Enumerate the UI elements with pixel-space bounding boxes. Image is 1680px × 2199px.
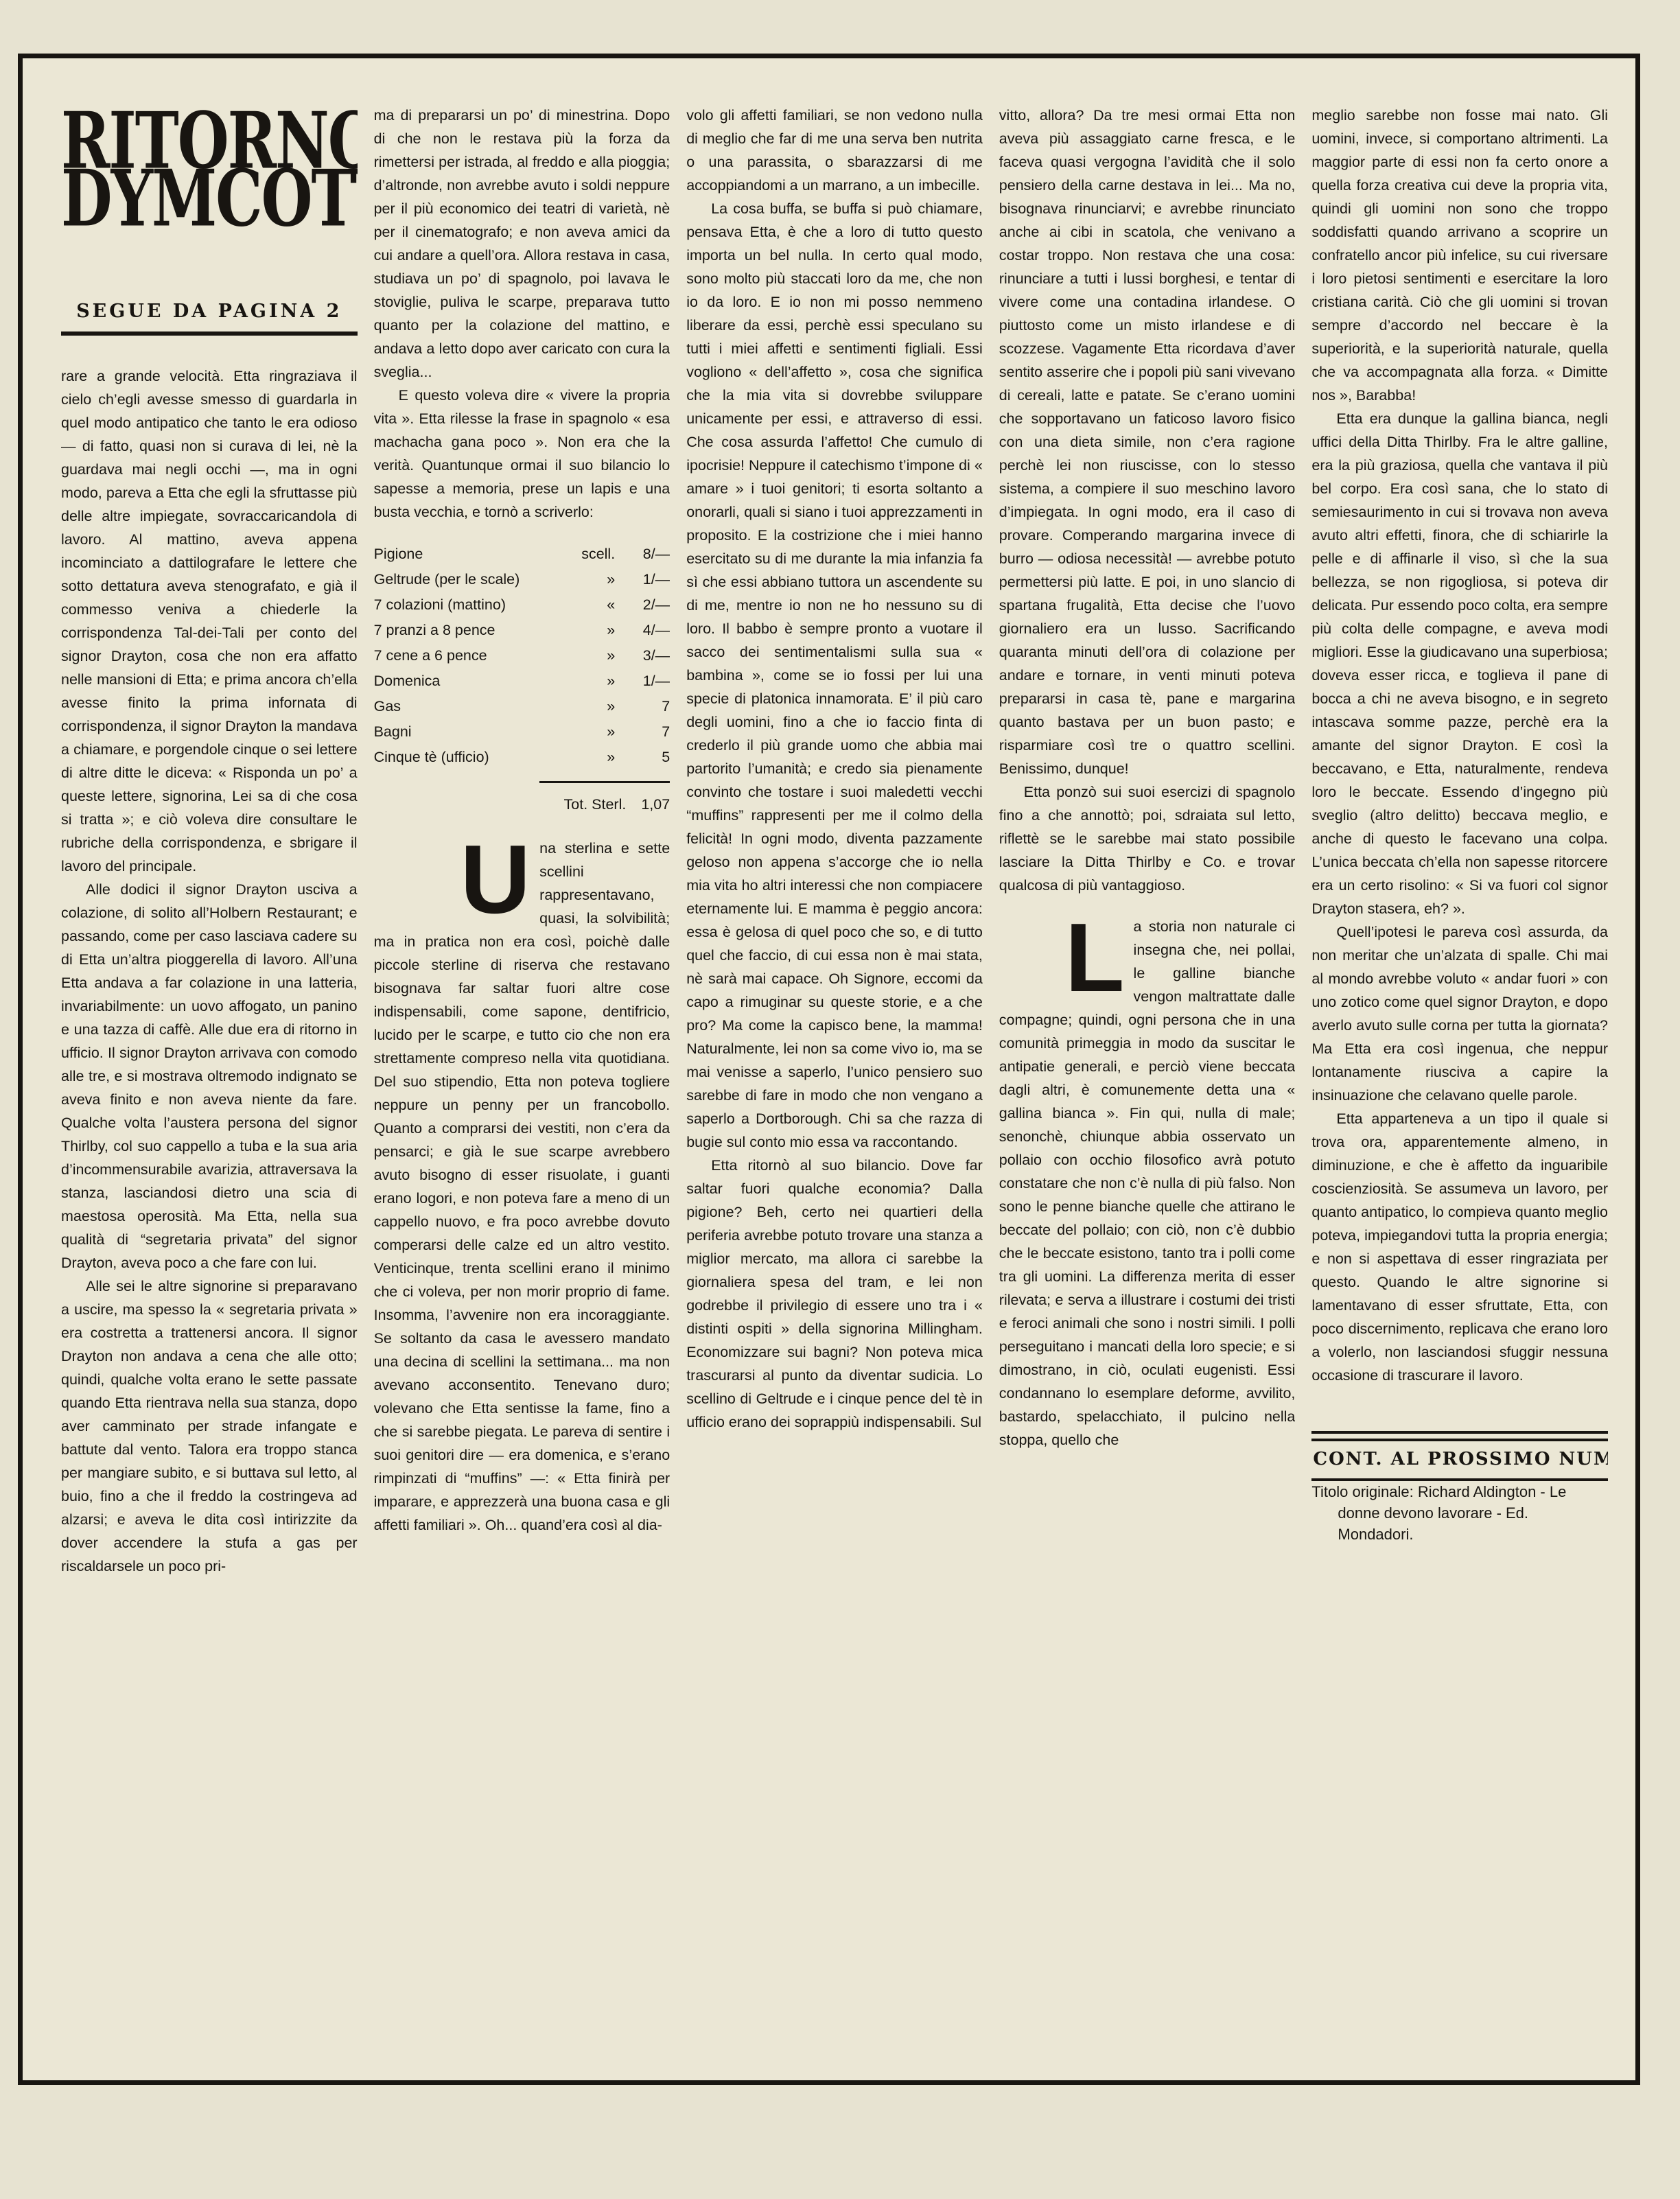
article-paragraph: Etta apparteneva a un tipo il quale si t… (1311, 1107, 1608, 1387)
article-paragraph: Alle sei le altre signorine si preparava… (61, 1275, 358, 1578)
original-title-credit: Titolo originale: Richard Aldington - Le… (1311, 1481, 1608, 1545)
article-paragraph: volo gli affetti familiari, se non vedon… (686, 104, 983, 197)
budget-row: Domenica » 1/— (374, 668, 670, 694)
article-paragraph: Etta era dunque la gallina bianca, negli… (1311, 407, 1608, 920)
column-4: vitto, allora? Da tre mesi ormai Etta no… (999, 104, 1296, 2053)
budget-item-unit: » (574, 668, 615, 694)
budget-item-label: Geltrude (per le scale) (374, 567, 574, 592)
budget-row: 7 colazioni (mattino) « 2/— (374, 592, 670, 618)
budget-item-unit: « (574, 592, 615, 618)
budget-row: 7 pranzi a 8 pence » 4/— (374, 618, 670, 643)
title-line-2: DYMCOTT (61, 161, 358, 237)
paragraph-text: a storia non naturale ci insegna che, ne… (999, 918, 1296, 1448)
budget-item-value: 1/— (615, 567, 670, 592)
magazine-page: { "page": { "title_line1": "RITORNO A", … (0, 0, 1680, 2199)
budget-item-label: 7 pranzi a 8 pence (374, 618, 574, 643)
continuation-subtitle: SEGUE DA PAGINA 2 (61, 300, 358, 336)
budget-row: Geltrude (per le scale) » 1/— (374, 567, 670, 592)
article-paragraph: La cosa buffa, se buffa si può chiamare,… (686, 197, 983, 1154)
article-title: RITORNO A DYMCOTT (61, 104, 358, 277)
budget-row: Gas » 7 (374, 694, 670, 719)
budget-row: Pigione scell. 8/— (374, 542, 670, 567)
page-border-frame: RITORNO A DYMCOTT SEGUE DA PAGINA 2 rare… (18, 54, 1640, 2085)
article-paragraph: meglio sarebbe non fosse mai nato. Gli u… (1311, 104, 1608, 407)
continuation-notice: CONT. AL PROSSIMO NUMERO (1311, 1439, 1608, 1481)
article-paragraph: Una sterlina e sette scellini rappresent… (374, 837, 670, 1537)
column-2: ma di prepararsi un po’ di minestrina. D… (374, 104, 670, 2053)
article-paragraph: E questo voleva dire « vivere la propria… (374, 384, 670, 524)
budget-item-unit: » (574, 719, 615, 745)
budget-item-value: 8/— (615, 542, 670, 567)
budget-item-unit: » (574, 694, 615, 719)
budget-item-unit: » (574, 745, 615, 770)
article-content: RITORNO A DYMCOTT SEGUE DA PAGINA 2 rare… (23, 58, 1635, 2080)
budget-total-rule (539, 781, 670, 783)
article-paragraph: rare a grande velocità. Etta ringraziava… (61, 364, 358, 878)
budget-item-unit: scell. (574, 542, 615, 567)
budget-row: 7 cene a 6 pence » 3/— (374, 643, 670, 668)
budget-table: Pigione scell. 8/— Geltrude (per le scal… (374, 542, 670, 816)
article-paragraph: Alle dodici il signor Drayton usciva a c… (61, 878, 358, 1275)
budget-row: Cinque tè (ufficio) » 5 (374, 745, 670, 770)
continuation-box: CONT. AL PROSSIMO NUMERO (1311, 1431, 1608, 1481)
article-paragraph: Etta ritornò al suo bilancio. Dove far s… (686, 1154, 983, 1434)
budget-item-value: 4/— (615, 618, 670, 643)
article-paragraph: ma di prepararsi un po’ di minestrina. D… (374, 104, 670, 384)
budget-item-unit: » (574, 643, 615, 668)
budget-item-label: 7 cene a 6 pence (374, 643, 574, 668)
budget-item-value: 7 (615, 719, 670, 745)
budget-item-value: 5 (615, 745, 670, 770)
budget-item-label: 7 colazioni (mattino) (374, 592, 574, 618)
column-5: meglio sarebbe non fosse mai nato. Gli u… (1311, 104, 1608, 2053)
article-paragraph: Quell’ipotesi le pareva così assurda, da… (1311, 920, 1608, 1107)
budget-total-label: Tot. Sterl. (564, 793, 627, 816)
budget-item-value: 2/— (615, 592, 670, 618)
budget-item-unit: » (574, 618, 615, 643)
budget-item-label: Domenica (374, 668, 574, 694)
budget-item-value: 1/— (615, 668, 670, 694)
budget-total-row: Tot. Sterl. 1,07 (374, 793, 670, 816)
column-1: RITORNO A DYMCOTT SEGUE DA PAGINA 2 rare… (61, 104, 358, 2053)
budget-item-label: Gas (374, 694, 574, 719)
budget-item-unit: » (574, 567, 615, 592)
budget-item-label: Pigione (374, 542, 574, 567)
paragraph-text: na sterlina e sette scellini rappresenta… (374, 840, 670, 1533)
budget-total-value: 1,07 (641, 793, 670, 816)
budget-item-value: 7 (615, 694, 670, 719)
budget-row: Bagni » 7 (374, 719, 670, 745)
dropcap-l: L (1065, 923, 1121, 993)
article-paragraph: La storia non naturale ci insegna che, n… (999, 915, 1296, 1452)
article-paragraph: vitto, allora? Da tre mesi ormai Etta no… (999, 104, 1296, 780)
budget-item-label: Bagni (374, 719, 574, 745)
article-paragraph: Etta ponzò sui suoi esercizi di spagnolo… (999, 780, 1296, 897)
dropcap-u: U (460, 845, 528, 915)
budget-item-label: Cinque tè (ufficio) (374, 745, 574, 770)
column-3: volo gli affetti familiari, se non vedon… (686, 104, 983, 2053)
budget-item-value: 3/— (615, 643, 670, 668)
